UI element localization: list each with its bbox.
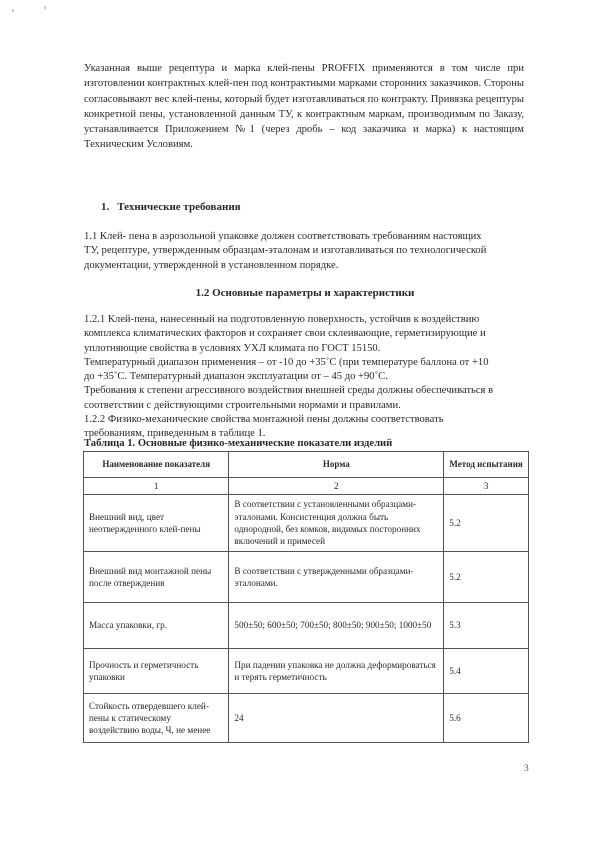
cell-indicator-name: Прочность и герметичность упаковки — [84, 649, 229, 694]
paragraph-line: до +35˚С. Температурный диапазон эксплуа… — [84, 370, 534, 384]
column-number: 3 — [444, 478, 529, 495]
paragraph-line: комплекса климатических факторов и сохра… — [84, 327, 534, 341]
table-row: Прочность и герметичность упаковки При п… — [84, 649, 529, 694]
paragraph-line: ТУ, рецептуре, утвержденным образцам-эта… — [84, 244, 534, 258]
table-row: Стойкость отвердевшего клей- пены к стат… — [84, 694, 529, 743]
paragraph-line: Температурный диапазон применения – от -… — [84, 356, 534, 370]
column-header-method: Метод испытания — [444, 452, 529, 478]
paragraph-1-1: 1.1 Клей- пена в аэрозольной упаковке до… — [84, 230, 534, 273]
cell-test-method: 5.3 — [444, 603, 529, 649]
cell-indicator-name: Внешний вид, цвет неотвержденного клей-п… — [84, 495, 229, 552]
section-heading-technical-requirements: 1.Технические требования — [101, 201, 241, 213]
table-caption: Таблица 1. Основные физико-механические … — [84, 438, 392, 449]
scan-artifact — [12, 9, 14, 12]
paragraph-line: 1.2.1 Клей-пена, нанесенный на подготовл… — [84, 313, 534, 327]
cell-indicator-name: Внешний вид монтажной пены после отвержд… — [84, 552, 229, 603]
section-title: Технические требования — [117, 201, 240, 213]
table-header-row: Наименование показателя Норма Метод испы… — [84, 452, 529, 478]
cell-norm: 500±50; 600±50; 700±50; 800±50; 900±50; … — [229, 603, 444, 649]
table-row: Масса упаковки, гр. 500±50; 600±50; 700±… — [84, 603, 529, 649]
cell-test-method: 5.4 — [444, 649, 529, 694]
cell-norm: В соответствии с утвержденными образцами… — [229, 552, 444, 603]
scan-artifact — [44, 6, 46, 9]
cell-test-method: 5.2 — [444, 552, 529, 603]
cell-test-method: 5.6 — [444, 694, 529, 743]
table-row: Внешний вид, цвет неотвержденного клей-п… — [84, 495, 529, 552]
paragraph-line: Требования к степени агрессивного воздей… — [84, 384, 534, 398]
intro-paragraph: Указанная выше рецептура и марка клей-пе… — [84, 61, 524, 153]
paragraph-line: уплотняющие свойства в условиях УХЛ клим… — [84, 342, 534, 356]
specifications-table: Наименование показателя Норма Метод испы… — [83, 451, 529, 743]
section-number: 1. — [101, 201, 109, 213]
column-header-norm: Норма — [229, 452, 444, 478]
page-number: 3 — [524, 764, 529, 774]
column-number: 1 — [84, 478, 229, 495]
column-header-name: Наименование показателя — [84, 452, 229, 478]
column-number-row: 1 2 3 — [84, 478, 529, 495]
paragraph-line: соответствии с действующими строительным… — [84, 399, 534, 413]
cell-test-method: 5.2 — [444, 495, 529, 552]
table-row: Внешний вид монтажной пены после отвержд… — [84, 552, 529, 603]
cell-indicator-name: Масса упаковки, гр. — [84, 603, 229, 649]
column-number: 2 — [229, 478, 444, 495]
paragraph-line: документации, утвержденной в установленн… — [84, 259, 534, 273]
cell-norm: 24 — [229, 694, 444, 743]
paragraph-1-2-1: 1.2.1 Клей-пена, нанесенный на подготовл… — [84, 313, 534, 442]
cell-norm: В соответствии с установленными образцам… — [229, 495, 444, 552]
paragraph-line: 1.2.2 Физико-механические свойства монта… — [84, 413, 534, 427]
subheading-main-parameters: 1.2 Основные параметры и характеристики — [0, 287, 595, 299]
cell-indicator-name: Стойкость отвердевшего клей- пены к стат… — [84, 694, 229, 743]
cell-norm: При падении упаковка не должна деформиро… — [229, 649, 444, 694]
paragraph-line: 1.1 Клей- пена в аэрозольной упаковке до… — [84, 230, 534, 244]
